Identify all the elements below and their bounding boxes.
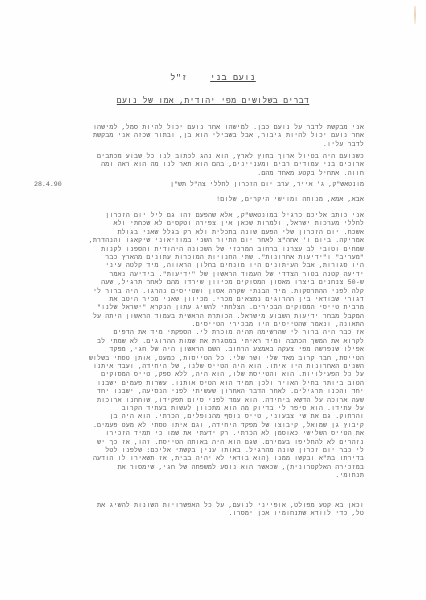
text-line: לקרוא את המשך הכתבה ומיד ראיתי במסגרת את… — [34, 338, 364, 346]
text-line: נזהרים לא להחליפו בעמירם. שגם הוא היה בא… — [34, 439, 364, 447]
title-suffix: ז"ל — [170, 73, 187, 83]
text-line: בדירתו בת"א ובקשו ממנו (הוא בודאי לא יהי… — [34, 455, 364, 463]
letter-greeting: אבא, אמא, מנוחה ומוישי היקרים, שלום! — [34, 196, 364, 204]
text-line: אז כבר היה ברור לי שהרשימה תהיה מוכרת לי… — [34, 329, 364, 337]
text-line: טל, כדי לוודא שתנחומיו אכן ימסרו. — [34, 510, 364, 518]
text-line: ש-50 צנחנים ביצרו מאסון המסוקים מכיוון ש… — [34, 279, 364, 287]
text-line: ידיעה קטנה בטור הצדדי של העמוד הראשון של… — [34, 271, 364, 279]
text-line: היו סגורות, אבל העיתונים היו מונחים בחלו… — [34, 262, 364, 270]
text-line: יחד והכנו תרגילים. לאחר הדבר האחרון שעשי… — [34, 388, 364, 396]
title-name: נועם בני — [210, 73, 256, 83]
document-subtitle: דברים בשלושים מפי יהודית, אמו של נועם — [0, 97, 426, 106]
text-line: והרחוק. גם את שי צבעוני, טייס נוסף מהנופ… — [34, 413, 364, 421]
letter-body: אני כותב אליכם כרגיל במונטאש"ק, אלא שהפע… — [34, 212, 364, 481]
text-line: לחללי מערכות ישראל, ולמרות שכאן אין צפיר… — [34, 220, 364, 228]
greeting-line: אבא, אמא, מנוחה ומוישי היקרים, שלום! — [34, 196, 364, 204]
text-line: על כל הפעילויות. הוא והטייסת שלו, הוא הי… — [34, 371, 364, 379]
closing-paragraph: וכאן בא קטע מפולט, אופייני לנועם, על כל … — [34, 502, 364, 519]
text-line: הטוב ביותר בחיל האויר ולכן תמיד הוא הטיס… — [34, 380, 364, 388]
second-paragraph: כשנועם היה בטיול ארוך בחוץ לארץ, הוא נהג… — [34, 153, 364, 178]
text-line: ארוכים בני עמודים רבים ומעניינים, בהם הו… — [34, 161, 364, 169]
intro-paragraph: אני מבקשת לדבר על נועם כבן. למישהו אחר נ… — [34, 124, 364, 149]
letter-dateline: מונטאש"ק, ג' אייר, ערב יום הזכרון לחללי … — [34, 181, 364, 188]
text-line: הטייסת, חבר קרוב מאד שלי ושר שלי. כל הטי… — [34, 355, 364, 363]
text-line: שמחים וטובי לב עצרנו ברחוב המרכזי של השכ… — [34, 246, 364, 254]
text-line: חווה. אתחיל בקטע מאחד מהם. — [34, 170, 364, 178]
text-line: אחר נועם יכול להיות גיבור, אבל בשבילי הו… — [34, 132, 364, 140]
dateline-place: מונטאש"ק, ג' אייר, ערב יום הזכרון לחללי … — [170, 181, 364, 188]
text-line: תנחומי. — [34, 472, 364, 480]
dateline-date: 28.4.90 — [34, 181, 62, 188]
scanned-letter-page: נועם בני ז"ל דברים בשלושים מפי יהודית, א… — [0, 0, 426, 600]
text-line: המקבל מבחר ידיעות השבוע מישראל. הכותרת ה… — [34, 313, 364, 321]
text-line: מרבית טייסי המסוקים הבכירים. הצלחתי להשי… — [34, 304, 364, 312]
text-line: שעה ארוכה על הדשא ביחידה. הוא עמד לפני ס… — [34, 397, 364, 405]
text-line: אפילו שנפרשה מפי צעקה באמצע הרחוב. השם ה… — [34, 346, 364, 354]
text-line: קלה לפני ההתרסקות. מיד הבנתי שקרה אסון ו… — [34, 288, 364, 296]
text-line: אשכח. יום הזכרון שלי הפעם שונה בתכלית ול… — [34, 229, 364, 237]
text-line: את הטייס השלישי כאוסמן לא הכרתי. רק ידעת… — [34, 430, 364, 438]
text-line: במזכירה האלקטרונית), שכאשר הוא נוסע למשפ… — [34, 464, 364, 472]
document-title: נועם בני ז"ל — [0, 73, 426, 83]
text-line: אמריקה. ביום ו' אחה"צ לאחר יום התיור השנ… — [34, 237, 364, 245]
scan-mark — [414, 6, 416, 24]
text-line: קיבוץ גן שמואל, קיבוצו של מפקד היחידה, ו… — [34, 422, 364, 430]
text-line: לדבר עליו. — [34, 141, 364, 149]
